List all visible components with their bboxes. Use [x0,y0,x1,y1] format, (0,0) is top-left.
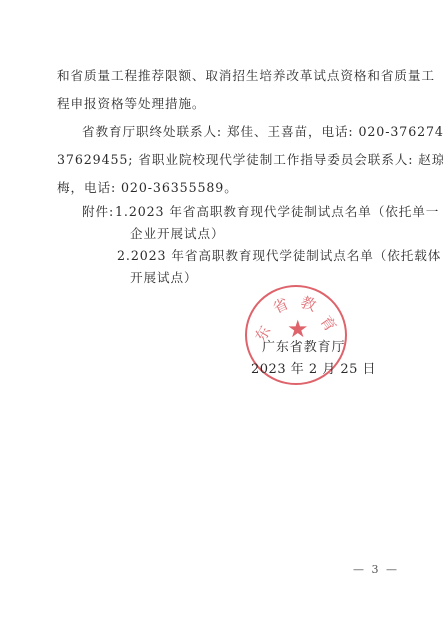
page-number: — 3 — [353,563,399,576]
paragraph2-line2: 37629455; 省职业院校现代学徒制工作指导委员会联系人: 赵琼 [57,152,443,168]
issuer-name: 广东省教育厅 [262,340,345,356]
seal-star-icon: ★ [287,317,309,341]
attachment-2-line2: 开展试点） [130,270,197,286]
paragraph2-line3: 梅，电话: 020-36355589。 [57,180,238,196]
issue-date: 2023 年 2 月 25 日 [251,362,376,378]
attachments-label: 附件: [82,204,114,220]
seal-char-4: 育 [316,311,342,335]
attachment-1-line2: 企业开展试点） [130,226,224,242]
paragraph2-line1: 省教育厅职终处联系人: 郑佳、王喜苗，电话: 020-37627439、 [82,124,443,140]
seal-char-3: 教 [298,291,319,316]
attachment-2-line1: 2.2023 年省高职教育现代学徒制试点名单（依托载体 [117,248,441,264]
paragraph1-line2: 程申报资格等处理措施。 [57,96,205,112]
paragraph1-line1: 和省质量工程推荐限额、取消招生培养改革试点资格和省质量工 [57,68,435,84]
attachment-1-line1: 1.2023 年省高职教育现代学徒制试点名单（依托单一 [115,204,439,220]
